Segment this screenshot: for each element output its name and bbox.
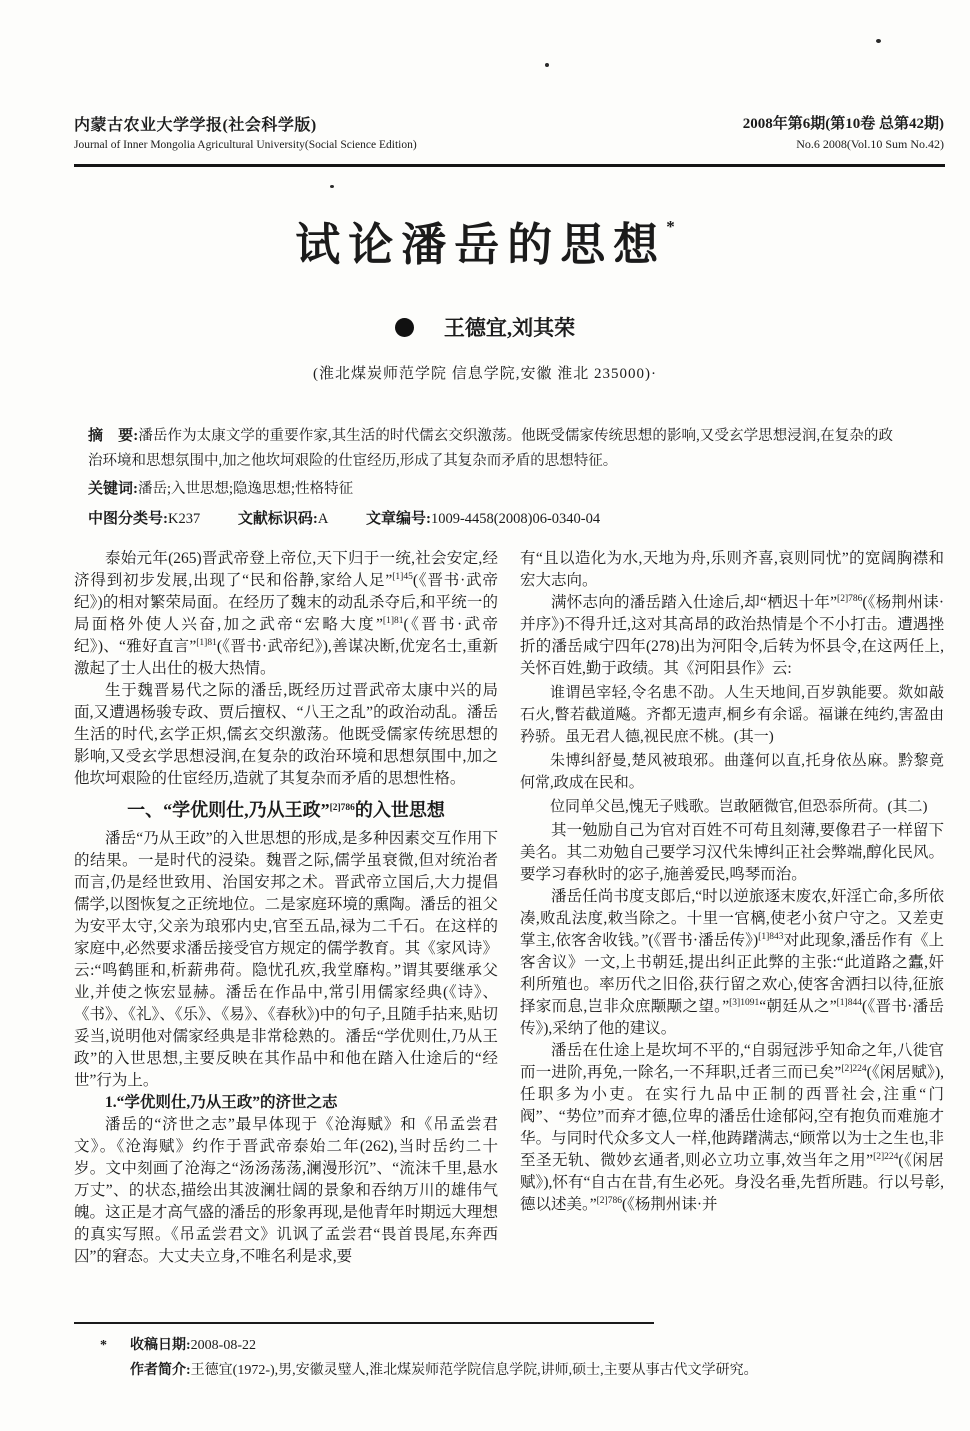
- paragraph: 潘岳“乃从王政”的入世思想的形成,是多种因素交互作用下的结果。一是时代的浸染。魏…: [74, 828, 498, 1092]
- footnote-bio-line: 作者简介:王德宜(1972-),男,安徽灵璧人,淮北煤炭师范学院信息学院,讲师,…: [74, 1358, 910, 1383]
- journal-name-block: 内蒙古农业大学学报(社会科学版) Journal of Inner Mongol…: [74, 112, 417, 151]
- author-row: 王德宜,刘其荣: [0, 312, 970, 342]
- received-date-label: 收稿日期:: [130, 1338, 191, 1353]
- paragraph: 其一勉励自己为官对百姓不可苟且刻薄,要像君子一样留下美名。其二劝勉自己要学习汉代…: [520, 820, 944, 886]
- right-column: 有“且以造化为水,天地为舟,乐则齐喜,哀则同忧”的宽阔胸襟和宏大志向。满怀志向的…: [520, 548, 944, 1326]
- keywords-text: 潘岳;入世思想;隐逸思想;性格特征: [138, 481, 353, 497]
- issue-info-cn: 2008年第6期(第10卷 总第42期): [743, 112, 944, 133]
- doc-code-value: A: [318, 511, 328, 527]
- author-bio-label: 作者简介:: [130, 1363, 191, 1378]
- scan-speck: [876, 39, 881, 43]
- scan-speck: [330, 185, 334, 188]
- title-footnote-asterisk: *: [666, 217, 675, 236]
- issue-info-block: 2008年第6期(第10卷 总第42期) No.6 2008(Vol.10 Su…: [743, 112, 944, 152]
- abstract-paragraph: 摘 要:潘岳作为太康文学的重要作家,其生活的时代儒玄交织激荡。他既受儒家传统思想…: [88, 424, 893, 474]
- keywords-line: 关键词:潘岳;入世思想;隐逸思想;性格特征: [88, 477, 893, 502]
- abstract-label: 摘 要:: [88, 428, 138, 444]
- article-id-value: 1009-4458(2008)06-0340-04: [431, 511, 600, 527]
- issue-info-en: No.6 2008(Vol.10 Sum No.42): [743, 137, 944, 152]
- abstract-text: 潘岳作为太康文学的重要作家,其生活的时代儒玄交织激荡。他既受儒家传统思想的影响,…: [88, 428, 893, 469]
- body-columns: 泰始元年(265)晋武帝登上帝位,天下归于一统,社会安定,经济得到初步发展,出现…: [74, 548, 944, 1326]
- footnote-asterisk: *: [74, 1333, 130, 1358]
- journal-name-en: Journal of Inner Mongolia Agricultural U…: [74, 139, 417, 151]
- paragraph: 满怀志向的潘岳踏入仕途后,却“栖迟十年”[2]786(《杨荆州诔·并序》)不得升…: [520, 592, 944, 680]
- scan-speck: [545, 63, 549, 67]
- verse-quote: 谁谓邑宰轻,令名患不劭。人生天地间,百岁孰能要。欻如敲石火,瞥若截道飚。齐都无遗…: [520, 682, 944, 748]
- subsection-heading: 1.“学优则仕,乃从王政”的济世之志: [74, 1092, 498, 1114]
- paragraph: 泰始元年(265)晋武帝登上帝位,天下归于一统,社会安定,经济得到初步发展,出现…: [74, 548, 498, 680]
- journal-page: 内蒙古农业大学学报(社会科学版) Journal of Inner Mongol…: [0, 0, 970, 1431]
- article-title-text: 试论潘岳的思想: [295, 220, 666, 270]
- article-id-label: 文章编号:: [366, 511, 431, 527]
- verse-quote: 朱博纠舒曼,楚风被琅邪。曲蓬何以直,托身依丛麻。黔黎竟何常,政成在民和。: [520, 750, 944, 794]
- author-bullet-icon: [395, 318, 414, 337]
- verse-quote: 位同单父邑,愧无子贱歌。岂敢陋微官,但恐忝所荷。(其二): [520, 796, 944, 818]
- clc-pair: 中图分类号:K237: [88, 511, 200, 527]
- keywords-label: 关键词:: [88, 481, 138, 497]
- author-bio-text: 王德宜(1972-),男,安徽灵璧人,淮北煤炭师范学院信息学院,讲师,硕士,主要…: [191, 1363, 758, 1378]
- article-title: 试论潘岳的思想*: [0, 208, 970, 273]
- doc-code-label: 文献标识码:: [238, 511, 318, 527]
- paragraph: 潘岳任尚书度支郎后,“时以逆旅逐末废农,奸淫亡命,多所依凑,败乱法度,敕当除之。…: [520, 886, 944, 1040]
- journal-name-cn: 内蒙古农业大学学报(社会科学版): [74, 112, 417, 135]
- article-id-pair: 文章编号:1009-4458(2008)06-0340-04: [366, 511, 600, 527]
- paragraph: 潘岳在仕途上是坎坷不平的,“自弱冠涉乎知命之年,八徙官而一进阶,再免,一除名,一…: [520, 1040, 944, 1216]
- left-column: 泰始元年(265)晋武帝登上帝位,天下归于一统,社会安定,经济得到初步发展,出现…: [74, 548, 498, 1326]
- footnote-received-line: *收稿日期:2008-08-22: [74, 1333, 910, 1358]
- abstract-block: 摘 要:潘岳作为太康文学的重要作家,其生活的时代儒玄交织激荡。他既受儒家传统思想…: [88, 424, 893, 532]
- section-heading: 一、“学优则仕,乃从王政”[2]786的入世思想: [74, 799, 498, 821]
- footnote-block: *收稿日期:2008-08-22 作者简介:王德宜(1972-),男,安徽灵璧人…: [74, 1322, 910, 1383]
- clc-value: K237: [168, 511, 200, 527]
- affiliation: (淮北煤炭师范学院 信息学院,安徽 淮北 235000)·: [0, 362, 970, 383]
- paragraph-continuation: 有“且以造化为水,天地为舟,乐则齐喜,哀则同忧”的宽阔胸襟和宏大志向。: [520, 548, 944, 592]
- clc-label: 中图分类号:: [88, 511, 168, 527]
- footnote-separator: [74, 1322, 654, 1324]
- paragraph: 生于魏晋易代之际的潘岳,既经历过晋武帝太康中兴的局面,又遭遇杨骏专政、贾后擅权、…: [74, 680, 498, 790]
- doc-code-pair: 文献标识码:A: [238, 511, 328, 527]
- paragraph: 潘岳的“济世之志”最早体现于《沧海赋》和《吊孟尝君文》。《沧海赋》约作于晋武帝泰…: [74, 1114, 498, 1268]
- author-names: 王德宜,刘其荣: [444, 316, 575, 340]
- page-header: 内蒙古农业大学学报(社会科学版) Journal of Inner Mongol…: [74, 112, 944, 152]
- received-date-value: 2008-08-22: [191, 1338, 256, 1353]
- header-rule: [74, 164, 945, 167]
- classification-line: 中图分类号:K237 文献标识码:A 文章编号:1009-4458(2008)0…: [88, 507, 893, 532]
